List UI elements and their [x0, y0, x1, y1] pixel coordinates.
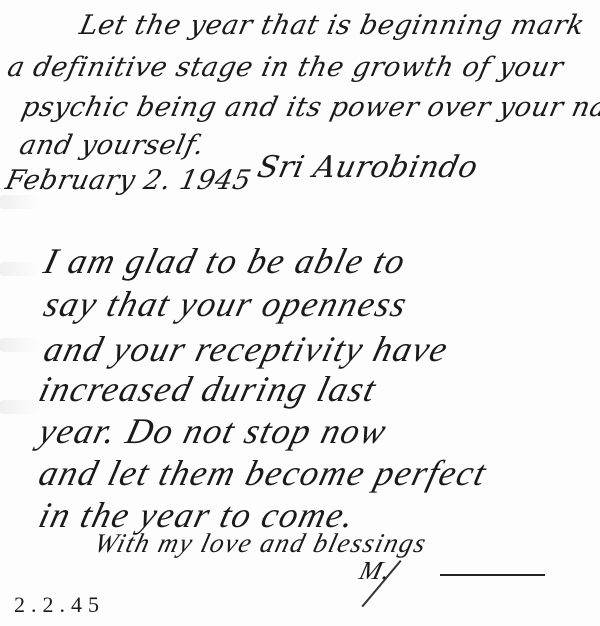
- bleed-through-mark: [0, 400, 40, 414]
- message-line: year. Do not stop now: [35, 410, 392, 452]
- message-line: and let them become perfect: [35, 452, 492, 494]
- message-line: increased during last: [35, 368, 382, 410]
- message-line: and your receptivity have: [40, 328, 454, 370]
- message-line: Let the year that is beginning mark: [77, 10, 588, 41]
- message-line: and yourself.: [17, 130, 207, 161]
- bleed-through-mark: [0, 338, 40, 352]
- bleed-through-mark: [0, 195, 40, 209]
- closing-line: With my love and blessings: [91, 528, 430, 559]
- signature-sri-aurobindo: Sri Aurobindo: [254, 150, 481, 185]
- message-line: a definitive stage in the growth of your: [5, 52, 567, 83]
- message-line: I am glad to be able to: [40, 240, 411, 282]
- message-line: psychic being and its power over your na…: [19, 92, 600, 123]
- letter-page: Let the year that is beginning mark a de…: [0, 0, 600, 626]
- message-date: February 2. 1945: [3, 165, 254, 196]
- message-date: 2.2.45: [14, 592, 105, 618]
- signature-underline: [440, 574, 545, 576]
- message-line: say that your openness: [40, 283, 412, 325]
- bleed-through-mark: [0, 262, 40, 276]
